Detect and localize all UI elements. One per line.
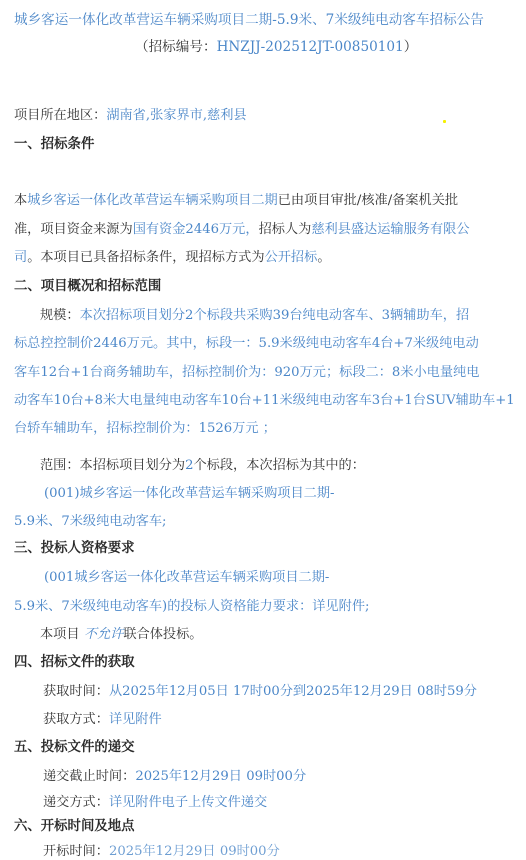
text: 准，项目资金来源为 — [14, 222, 133, 237]
conditions-line-1: 本城乡客运一体化改革营运车辆采购项目二期已由项目审批/核准/备案机关批 — [14, 191, 458, 211]
text: 个标段，本次招标为其中的： — [193, 458, 364, 473]
region-label: 项目所在地区： — [14, 108, 106, 123]
tender-code: HNZJJ-202512JT-00850101 — [217, 39, 404, 55]
tenderer-name: 慈利县盛达运输服务有限公 — [311, 222, 469, 237]
section-heading-bid-opening: 六、开标时间及地点 — [14, 817, 135, 837]
tenderer-name-cont: 司 — [14, 250, 27, 265]
project-name: 城乡客运一体化改革营运车辆采购项目二期 — [27, 193, 278, 208]
submission-method-label: 递交方式： — [43, 795, 109, 810]
scale-label: 规模： — [40, 308, 80, 323]
project-region: 项目所在地区：湖南省,张家界市,慈利县 — [14, 106, 247, 126]
joint-bid-status: 不允许 — [84, 627, 124, 642]
acquisition-time-label: 获取时间： — [43, 684, 109, 699]
fund-source: 国有资金2446万元， — [133, 222, 259, 237]
submission-deadline-value: 2025年12月29日 09时00分 — [135, 769, 306, 784]
text: 本 — [14, 193, 27, 208]
section-heading-bid-submission: 五、投标文件的递交 — [14, 738, 135, 758]
text: 本项目 — [40, 627, 84, 642]
submission-deadline-label: 递交截止时间： — [43, 769, 135, 784]
acquisition-method-line: 获取方式：详见附件 — [43, 710, 162, 730]
conditions-line-3: 司。本项目已具备招标条件，现招标方式为公开招标。 — [14, 248, 331, 268]
scale-line-2: 标总控控制价2446万元。其中，标段一：5.9米级纯电动客车4台+7米级纯电动 — [14, 334, 479, 354]
lot-line-2: 5.9米、7米级纯电动客车; — [14, 512, 167, 532]
scale-line-1: 规模：本次招标项目划分2个标段共采购39台纯电动客车、3辆辅助车，招 — [40, 306, 469, 326]
section-heading-bidder-qualification: 三、投标人资格要求 — [14, 539, 135, 559]
submission-method-line: 递交方式：详见附件电子上传文件递交 — [43, 793, 267, 813]
stray-mark — [443, 120, 446, 123]
submission-deadline-line: 递交截止时间：2025年12月29日 09时00分 — [43, 767, 306, 787]
region-value: 湖南省,张家界市,慈利县 — [106, 108, 246, 123]
lot-line-1: (001)城乡客运一体化改革营运车辆采购项目二期- — [44, 484, 334, 504]
opening-time-label: 开标时间： — [43, 844, 109, 859]
scale-line-4: 动客车10台+8米大电量纯电动客车10台+11米级纯电动客车3台+1台SUV辅助… — [14, 391, 515, 411]
acquisition-method-label: 获取方式： — [43, 712, 109, 727]
scale-line-5: 台轿车辅助车，招标控制价为：1526万元 ； — [14, 419, 276, 439]
acquisition-time-value: 从2025年12月05日 17时00分到2025年12月29日 08时59分 — [109, 684, 477, 699]
range-line: 范围：本招标项目划分为2个标段，本次招标为其中的： — [40, 456, 365, 476]
acquisition-method-value: 详见附件 — [109, 712, 162, 727]
text: 招标人为 — [259, 222, 312, 237]
announcement-title: 城乡客运一体化改革营运车辆采购项目二期-5.9米、7米级纯电动客车招标公告 — [14, 10, 484, 30]
requirement-line-1: (001城乡客运一体化改革营运车辆采购项目二期- — [44, 568, 329, 588]
acquisition-time-line: 获取时间：从2025年12月05日 17时00分到2025年12月29日 08时… — [43, 682, 477, 702]
opening-time-line: 开标时间：2025年12月29日 09时00分 — [43, 842, 280, 860]
range-label: 范围：本招标项目划分为 — [40, 458, 185, 473]
tender-method: 公开招标 — [265, 250, 318, 265]
scale-text: 本次招标项目划分2个标段共采购39台纯电动客车、3辆辅助车，招 — [80, 308, 470, 323]
submission-method-value: 详见附件电子上传文件递交 — [109, 795, 267, 810]
text: 联合体投标。 — [123, 627, 202, 642]
requirement-line-2: 5.9米、7米级纯电动客车)的投标人资格能力要求：详见附件; — [14, 597, 369, 617]
tender-code-prefix: （招标编号： — [135, 39, 217, 55]
tender-code-suffix: ） — [404, 39, 418, 55]
joint-bid-line: 本项目 不允许联合体投标。 — [40, 625, 202, 645]
text: 。 — [317, 250, 330, 265]
section-heading-project-overview: 二、项目概况和招标范围 — [14, 277, 161, 297]
text: 。本项目已具备招标条件，现招标方式为 — [27, 250, 264, 265]
section-heading-document-acquisition: 四、招标文件的获取 — [14, 653, 135, 673]
section-heading-tender-conditions: 一、招标条件 — [14, 135, 94, 155]
scale-line-3: 客车12台+1台商务辅助车，招标控制价为：920万元；标段二：8米小电量纯电 — [14, 363, 479, 383]
conditions-line-2: 准，项目资金来源为国有资金2446万元，招标人为慈利县盛达运输服务有限公 — [14, 220, 470, 240]
text: 已由项目审批/核准/备案机关批 — [278, 193, 458, 208]
opening-time-value: 2025年12月29日 09时00分 — [109, 844, 280, 859]
tender-code-line: （招标编号：HNZJJ-202512JT-00850101） — [135, 37, 417, 57]
